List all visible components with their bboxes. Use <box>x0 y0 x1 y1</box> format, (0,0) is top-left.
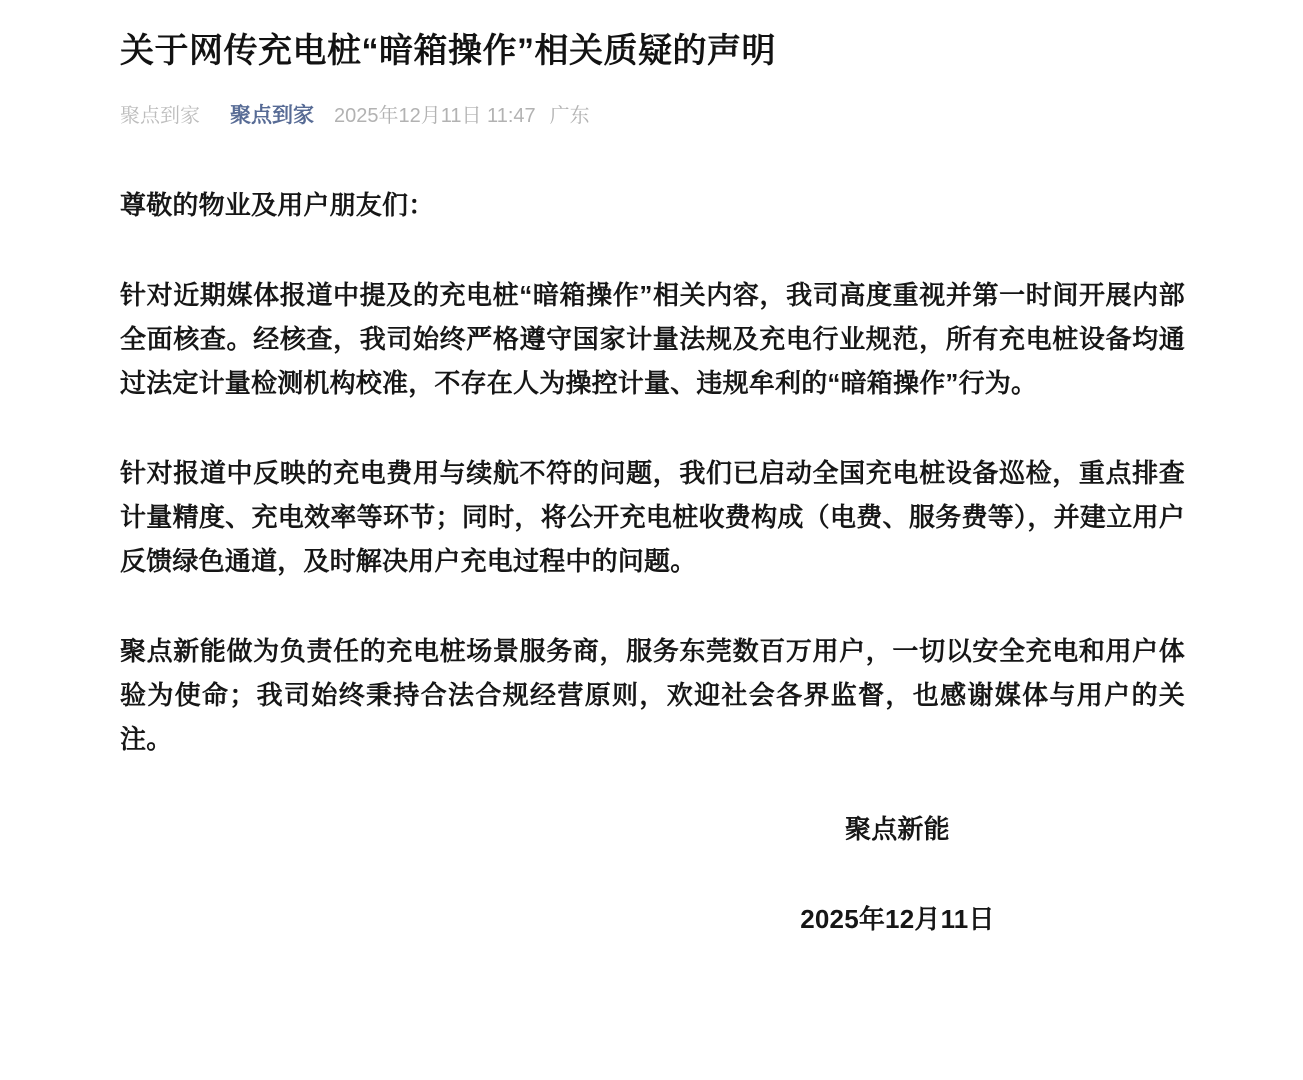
signature-company: 聚点新能 <box>610 807 1185 851</box>
paragraph-1: 针对近期媒体报道中提及的充电桩“暗箱操作”相关内容，我司高度重视并第一时间开展内… <box>120 273 1185 405</box>
paragraph-2: 针对报道中反映的充电费用与续航不符的问题，我们已启动全国充电桩设备巡检，重点排查… <box>120 451 1185 583</box>
signature-date: 2025年12月11日 <box>610 897 1185 941</box>
article-title: 关于网传充电桩“暗箱操作”相关质疑的声明 <box>120 28 1185 74</box>
byline: 聚点到家 聚点到家 2025年12月11日 11:47 广东 <box>120 102 1185 130</box>
article-body: 尊敬的物业及用户朋友们： 针对近期媒体报道中提及的充电桩“暗箱操作”相关内容，我… <box>120 183 1185 941</box>
author-name: 聚点到家 <box>120 102 200 130</box>
salutation: 尊敬的物业及用户朋友们： <box>120 183 1185 227</box>
account-name-link[interactable]: 聚点到家 <box>230 102 314 130</box>
article-page: 关于网传充电桩“暗箱操作”相关质疑的声明 聚点到家 聚点到家 2025年12月1… <box>0 0 1303 1080</box>
publish-datetime: 2025年12月11日 11:47 <box>334 102 536 130</box>
paragraph-3: 聚点新能做为负责任的充电桩场景服务商，服务东莞数百万用户，一切以安全充电和用户体… <box>120 629 1185 761</box>
publish-location: 广东 <box>550 102 590 130</box>
